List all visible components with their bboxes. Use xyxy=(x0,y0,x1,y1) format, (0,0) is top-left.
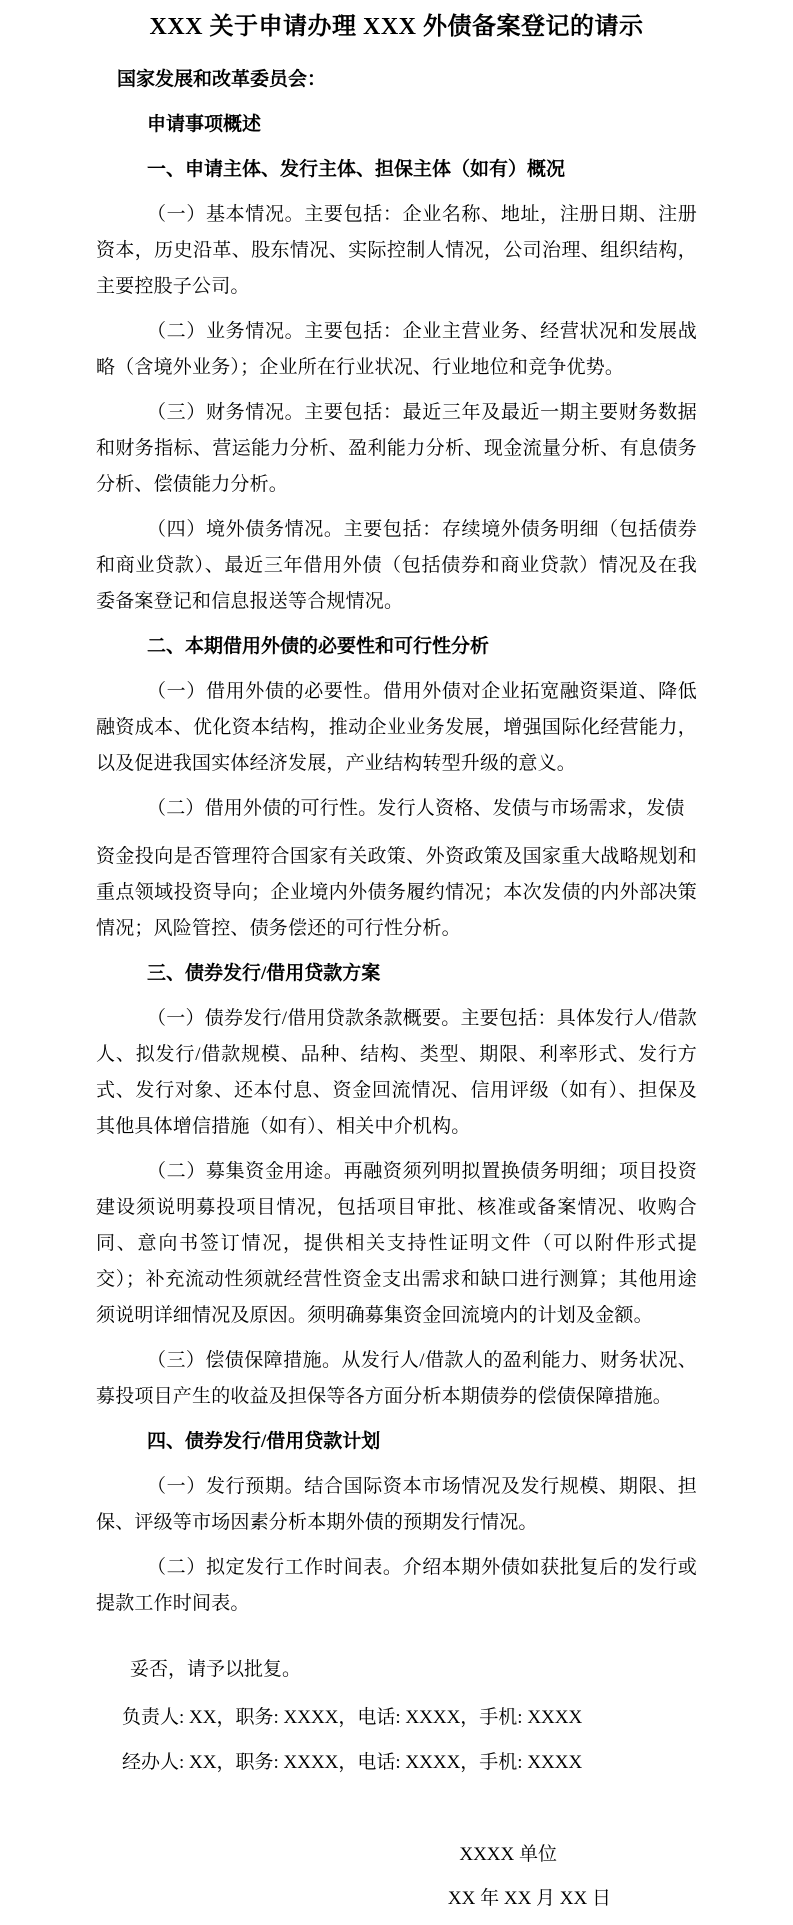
section-4-heading: 四、债券发行/借用贷款计划 xyxy=(96,1424,697,1460)
section-2-paragraph-2b: 资金投向是否管理符合国家有关政策、外资政策及国家重大战略规划和重点领域投资导向；… xyxy=(96,839,697,947)
document-content: XXX 关于申请办理 XXX 外债备案登记的请示 国家发展和改革委员会： 申请事… xyxy=(0,0,793,1917)
section-1-paragraph-1: （一）基本情况。主要包括：企业名称、地址，注册日期、注册资本，历史沿革、股东情况… xyxy=(96,197,697,305)
section-3-paragraph-3: （三）偿债保障措施。从发行人/借款人的盈利能力、财务状况、募投项目产生的收益及担… xyxy=(96,1343,697,1415)
overview-heading: 申请事项概述 xyxy=(96,107,697,143)
section-3-paragraph-1: （一）债券发行/借用贷款条款概要。主要包括：具体发行人/借款人、拟发行/借款规模… xyxy=(96,1001,697,1145)
section-3-heading: 三、债券发行/借用贷款方案 xyxy=(96,956,697,992)
section-3-paragraph-2: （二）募集资金用途。再融资须列明拟置换债务明细；项目投资建设须说明募投项目情况，… xyxy=(96,1154,697,1334)
closing-line: 妥否，请予以批复。 xyxy=(96,1652,697,1688)
section-2-paragraph-2a: （二）借用外债的可行性。发行人资格、发债与市场需求，发债 xyxy=(96,791,697,827)
section-1-paragraph-2: （二）业务情况。主要包括：企业主营业务、经营状况和发展战略（含境外业务）；企业所… xyxy=(96,314,697,386)
section-2-paragraph-1: （一）借用外债的必要性。借用外债对企业拓宽融资渠道、降低融资成本、优化资本结构，… xyxy=(96,674,697,782)
contact-handler-person: 经办人: XX，职务: XXXX，电话: XXXX，手机: XXXX xyxy=(96,1745,697,1781)
signature-unit: XXXX 单位 xyxy=(96,1837,697,1873)
section-1-paragraph-3: （三）财务情况。主要包括：最近三年及最近一期主要财务数据和财务指标、营运能力分析… xyxy=(96,395,697,503)
section-4-paragraph-2: （二）拟定发行工作时间表。介绍本期外债如获批复后的发行或提款工作时间表。 xyxy=(96,1550,697,1622)
salutation: 国家发展和改革委员会： xyxy=(96,62,697,98)
section-1-heading: 一、申请主体、发行主体、担保主体（如有）概况 xyxy=(96,152,697,188)
signature-date: XX 年 XX 月 XX 日 xyxy=(96,1881,697,1917)
document-page: XXX 关于申请办理 XXX 外债备案登记的请示 国家发展和改革委员会： 申请事… xyxy=(0,0,793,1925)
contact-responsible-person: 负责人: XX，职务: XXXX，电话: XXXX，手机: XXXX xyxy=(96,1700,697,1736)
document-title: XXX 关于申请办理 XXX 外债备案登记的请示 xyxy=(96,9,697,45)
section-2-heading: 二、本期借用外债的必要性和可行性分析 xyxy=(96,629,697,665)
section-1-paragraph-4: （四）境外债务情况。主要包括：存续境外债务明细（包括债券和商业贷款）、最近三年借… xyxy=(96,512,697,620)
section-4-paragraph-1: （一）发行预期。结合国际资本市场情况及发行规模、期限、担保、评级等市场因素分析本… xyxy=(96,1469,697,1541)
